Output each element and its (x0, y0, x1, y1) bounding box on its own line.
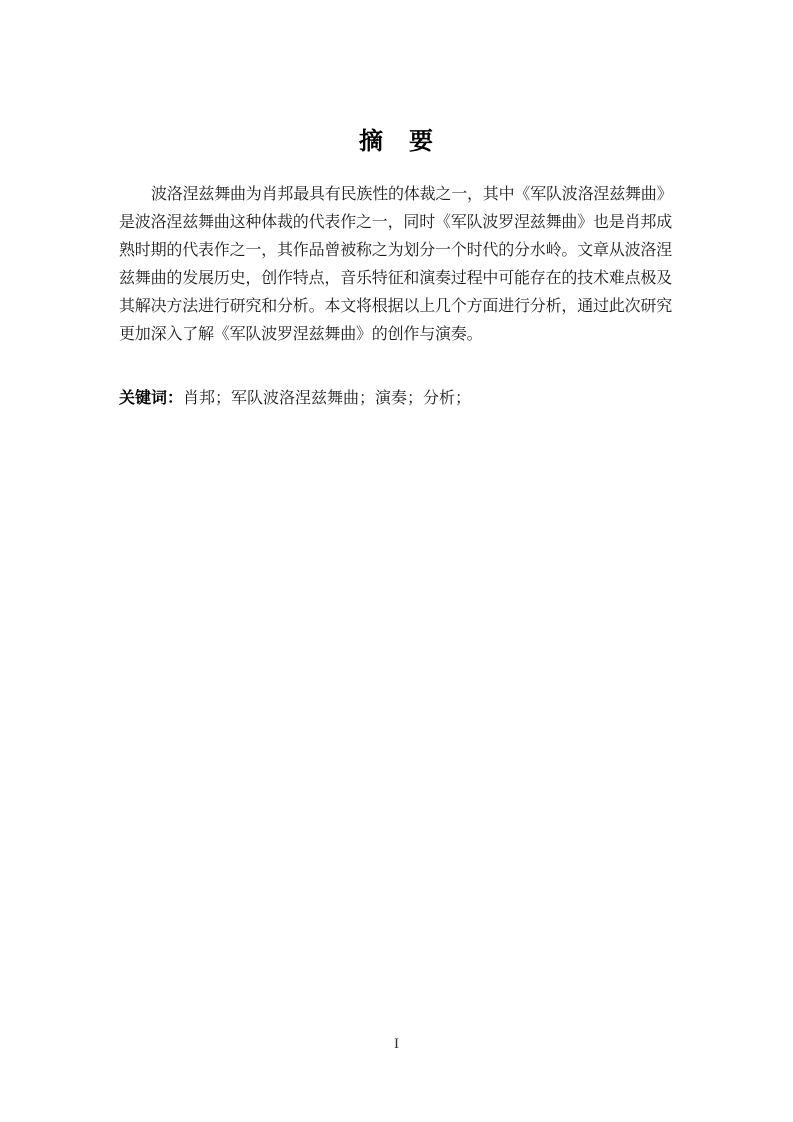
keywords-row: 关键词：肖邦；军队波洛涅兹舞曲；演奏；分析； (119, 385, 674, 413)
keywords-text: 肖邦；军队波洛涅兹舞曲；演奏；分析； (183, 390, 471, 407)
abstract-paragraph: 波洛涅兹舞曲为肖邦最具有民族性的体裁之一，其中《军队波洛涅兹舞曲》 是波洛涅兹舞… (119, 181, 674, 349)
page-number: I (0, 1036, 793, 1053)
abstract-title: 摘 要 (119, 126, 674, 157)
abstract-line-6: 更加深入了解《军队波罗涅兹舞曲》的创作与演奏。 (119, 321, 674, 349)
abstract-line-3: 熟时期的代表作之一，其作品曾被称之为划分一个时代的分水岭。文章从波洛涅 (119, 237, 674, 265)
document-page: 摘 要 波洛涅兹舞曲为肖邦最具有民族性的体裁之一，其中《军队波洛涅兹舞曲》 是波… (0, 0, 793, 1122)
abstract-line-5: 其解决方法进行研究和分析。本文将根据以上几个方面进行分析，通过此次研究 (119, 293, 674, 321)
abstract-line-1: 波洛涅兹舞曲为肖邦最具有民族性的体裁之一，其中《军队波洛涅兹舞曲》 (119, 181, 674, 209)
keywords-label: 关键词： (119, 390, 183, 407)
abstract-line-2: 是波洛涅兹舞曲这种体裁的代表作之一，同时《军队波罗涅兹舞曲》也是肖邦成 (119, 209, 674, 237)
abstract-line-4: 兹舞曲的发展历史，创作特点，音乐特征和演奏过程中可能存在的技术难点极及 (119, 265, 674, 293)
